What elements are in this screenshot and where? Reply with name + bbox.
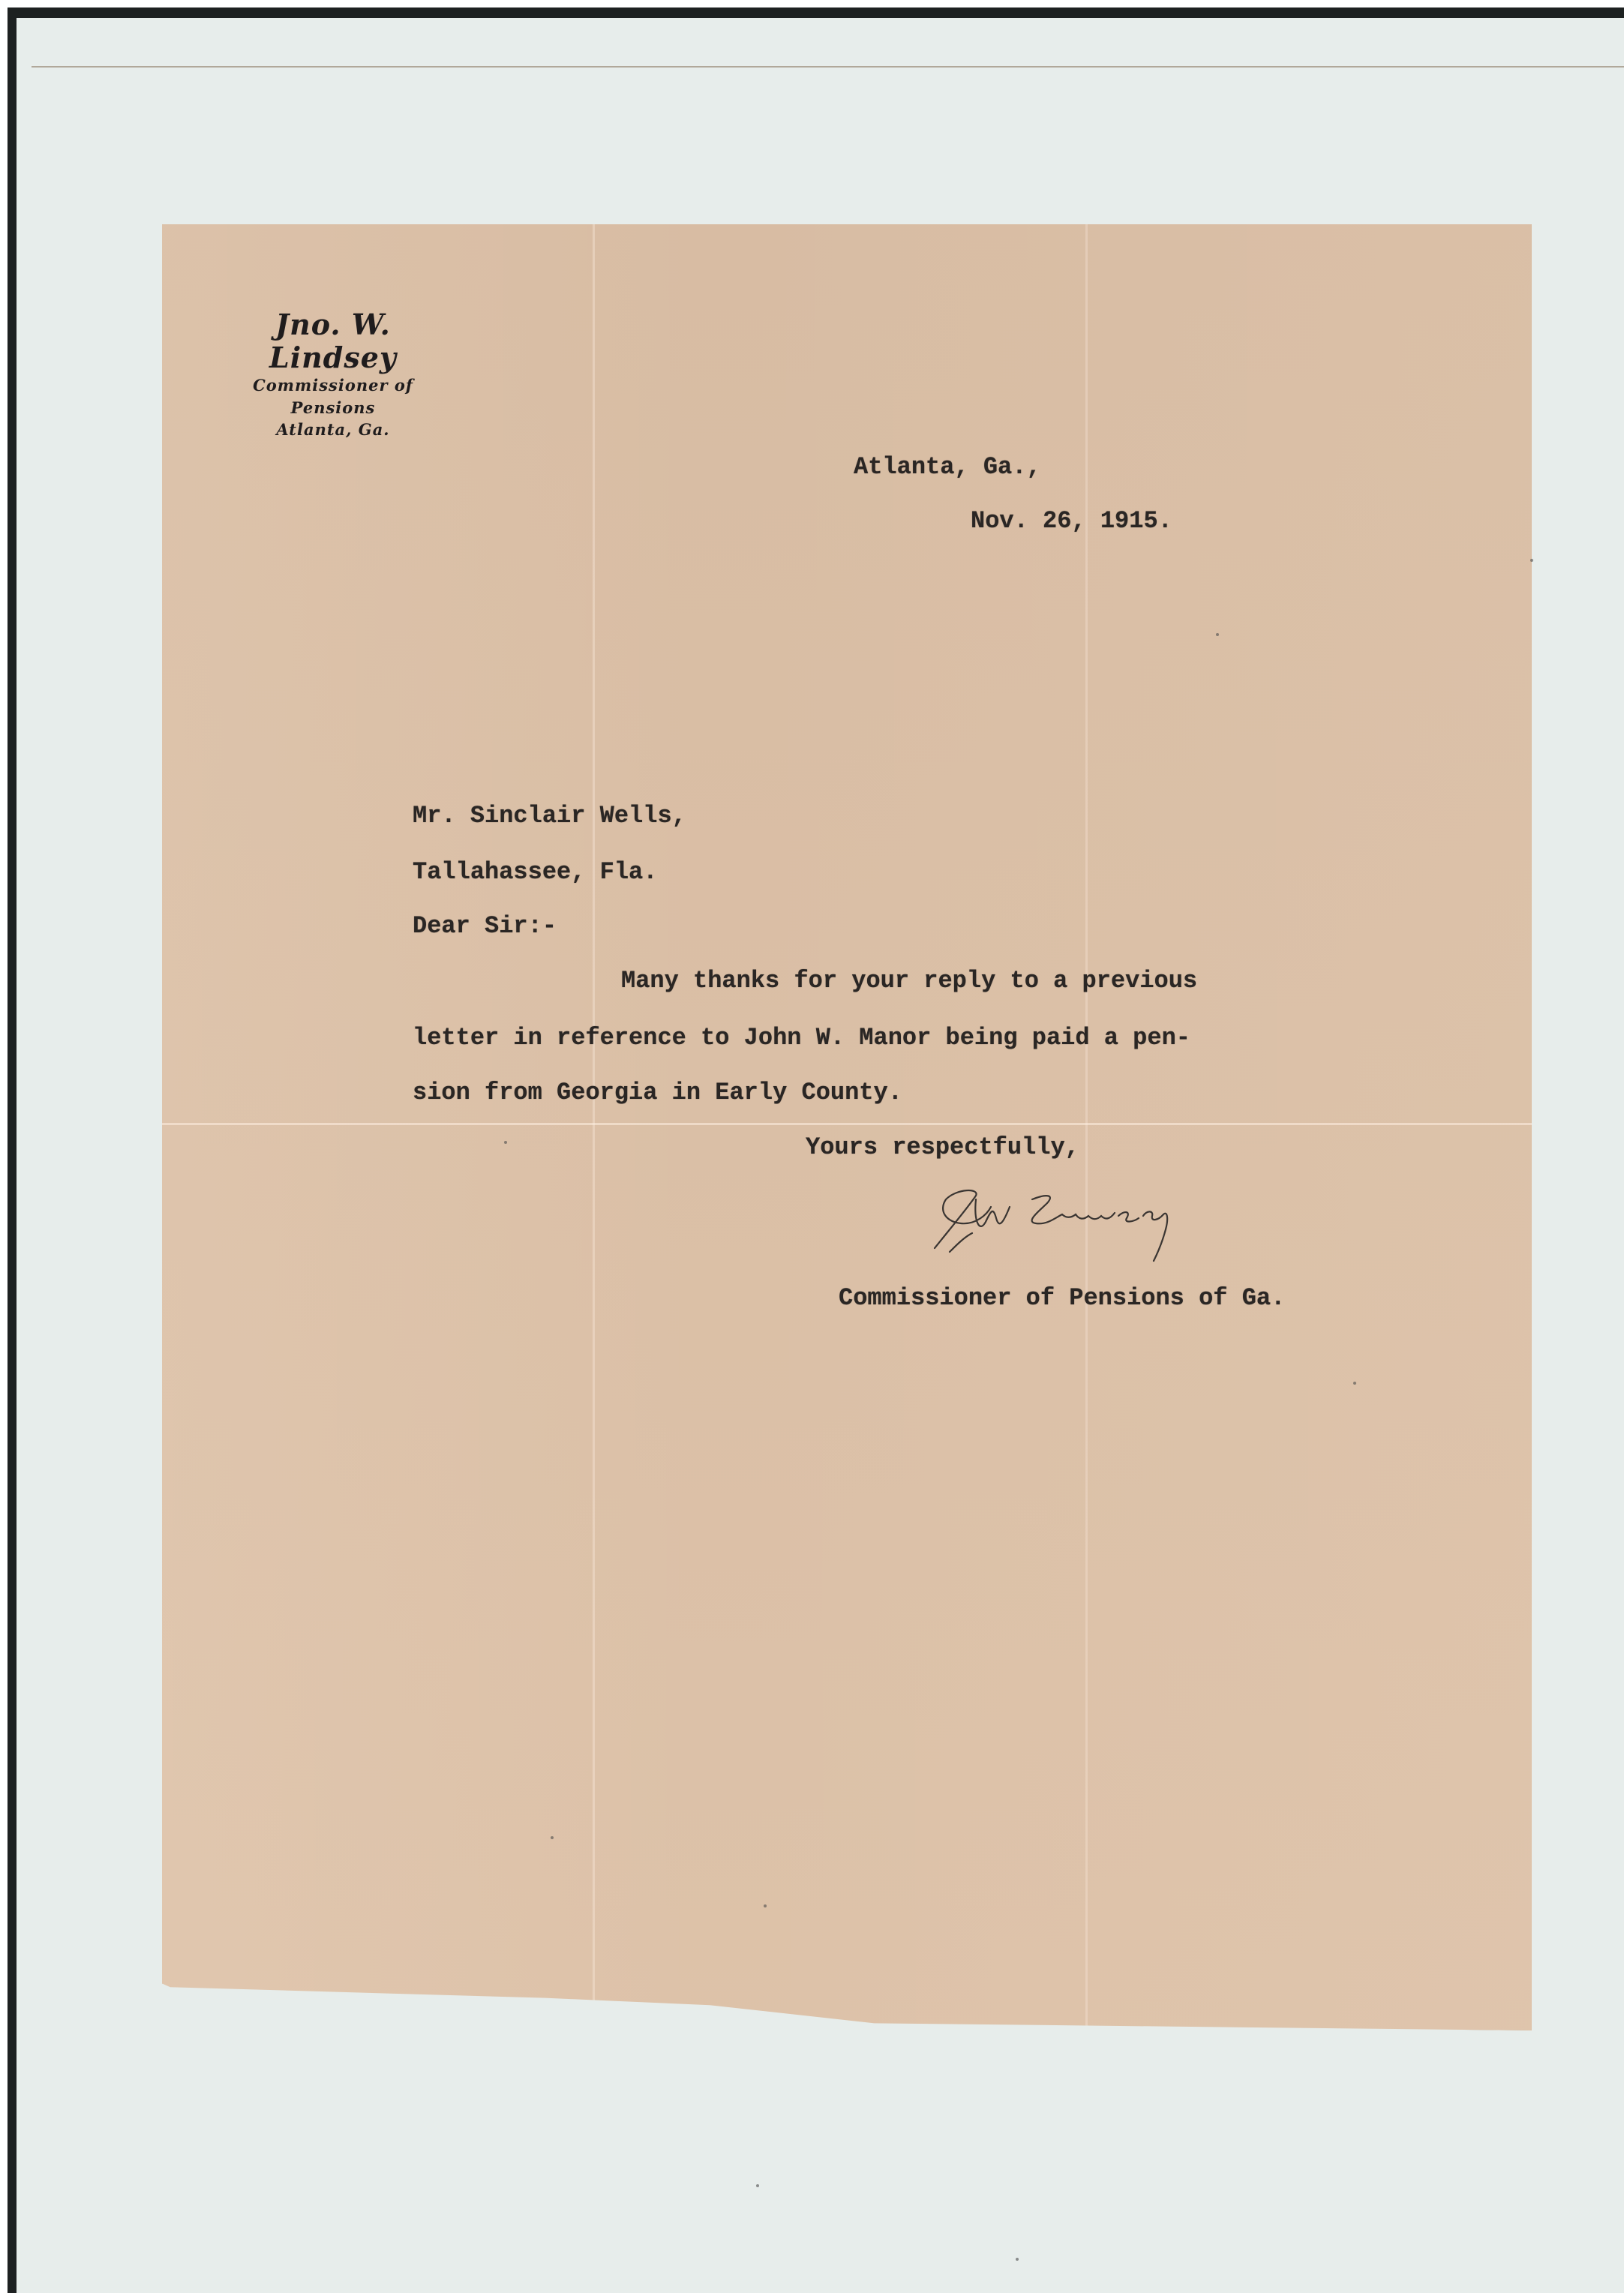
letterhead-title: Commissioner of Pensions	[213, 374, 453, 419]
paper-speck	[1216, 633, 1219, 636]
horizontal-fold-line	[162, 1123, 1532, 1125]
vertical-fold-line-right	[1085, 224, 1088, 2030]
mount-speck	[1016, 2258, 1019, 2261]
body-line: Many thanks for your reply to a previous	[621, 968, 1197, 995]
letterhead-location: Atlanta, Ga.	[213, 419, 453, 440]
paper-speck	[764, 1904, 767, 1907]
signer-title: Commissioner of Pensions of Ga.	[839, 1285, 1285, 1312]
mount-crease-line	[32, 66, 1624, 68]
recipient-name: Mr. Sinclair Wells,	[413, 803, 686, 830]
mount-speck	[1530, 559, 1533, 562]
paper-speck	[1353, 1382, 1356, 1385]
letterhead: Jno. W. Lindsey Commissioner of Pensions…	[213, 308, 453, 440]
letter-sheet: Jno. W. Lindsey Commissioner of Pensions…	[162, 224, 1532, 2030]
dateline-date: Nov. 26, 1915.	[971, 508, 1172, 535]
salutation: Dear Sir:-	[413, 913, 557, 940]
mount-speck	[756, 2184, 759, 2187]
paper-speck	[504, 1141, 507, 1144]
handwritten-signature	[905, 1177, 1205, 1274]
dateline-place: Atlanta, Ga.,	[854, 454, 1041, 481]
recipient-city: Tallahassee, Fla.	[413, 859, 657, 886]
vertical-fold-line-left	[593, 224, 595, 2030]
body-line: letter in reference to John W. Manor bei…	[413, 1025, 1190, 1052]
closing: Yours respectfully,	[806, 1134, 1079, 1161]
letterhead-name: Jno. W. Lindsey	[213, 308, 453, 374]
paper-speck	[551, 1836, 554, 1839]
body-line: sion from Georgia in Early County.	[413, 1079, 902, 1106]
